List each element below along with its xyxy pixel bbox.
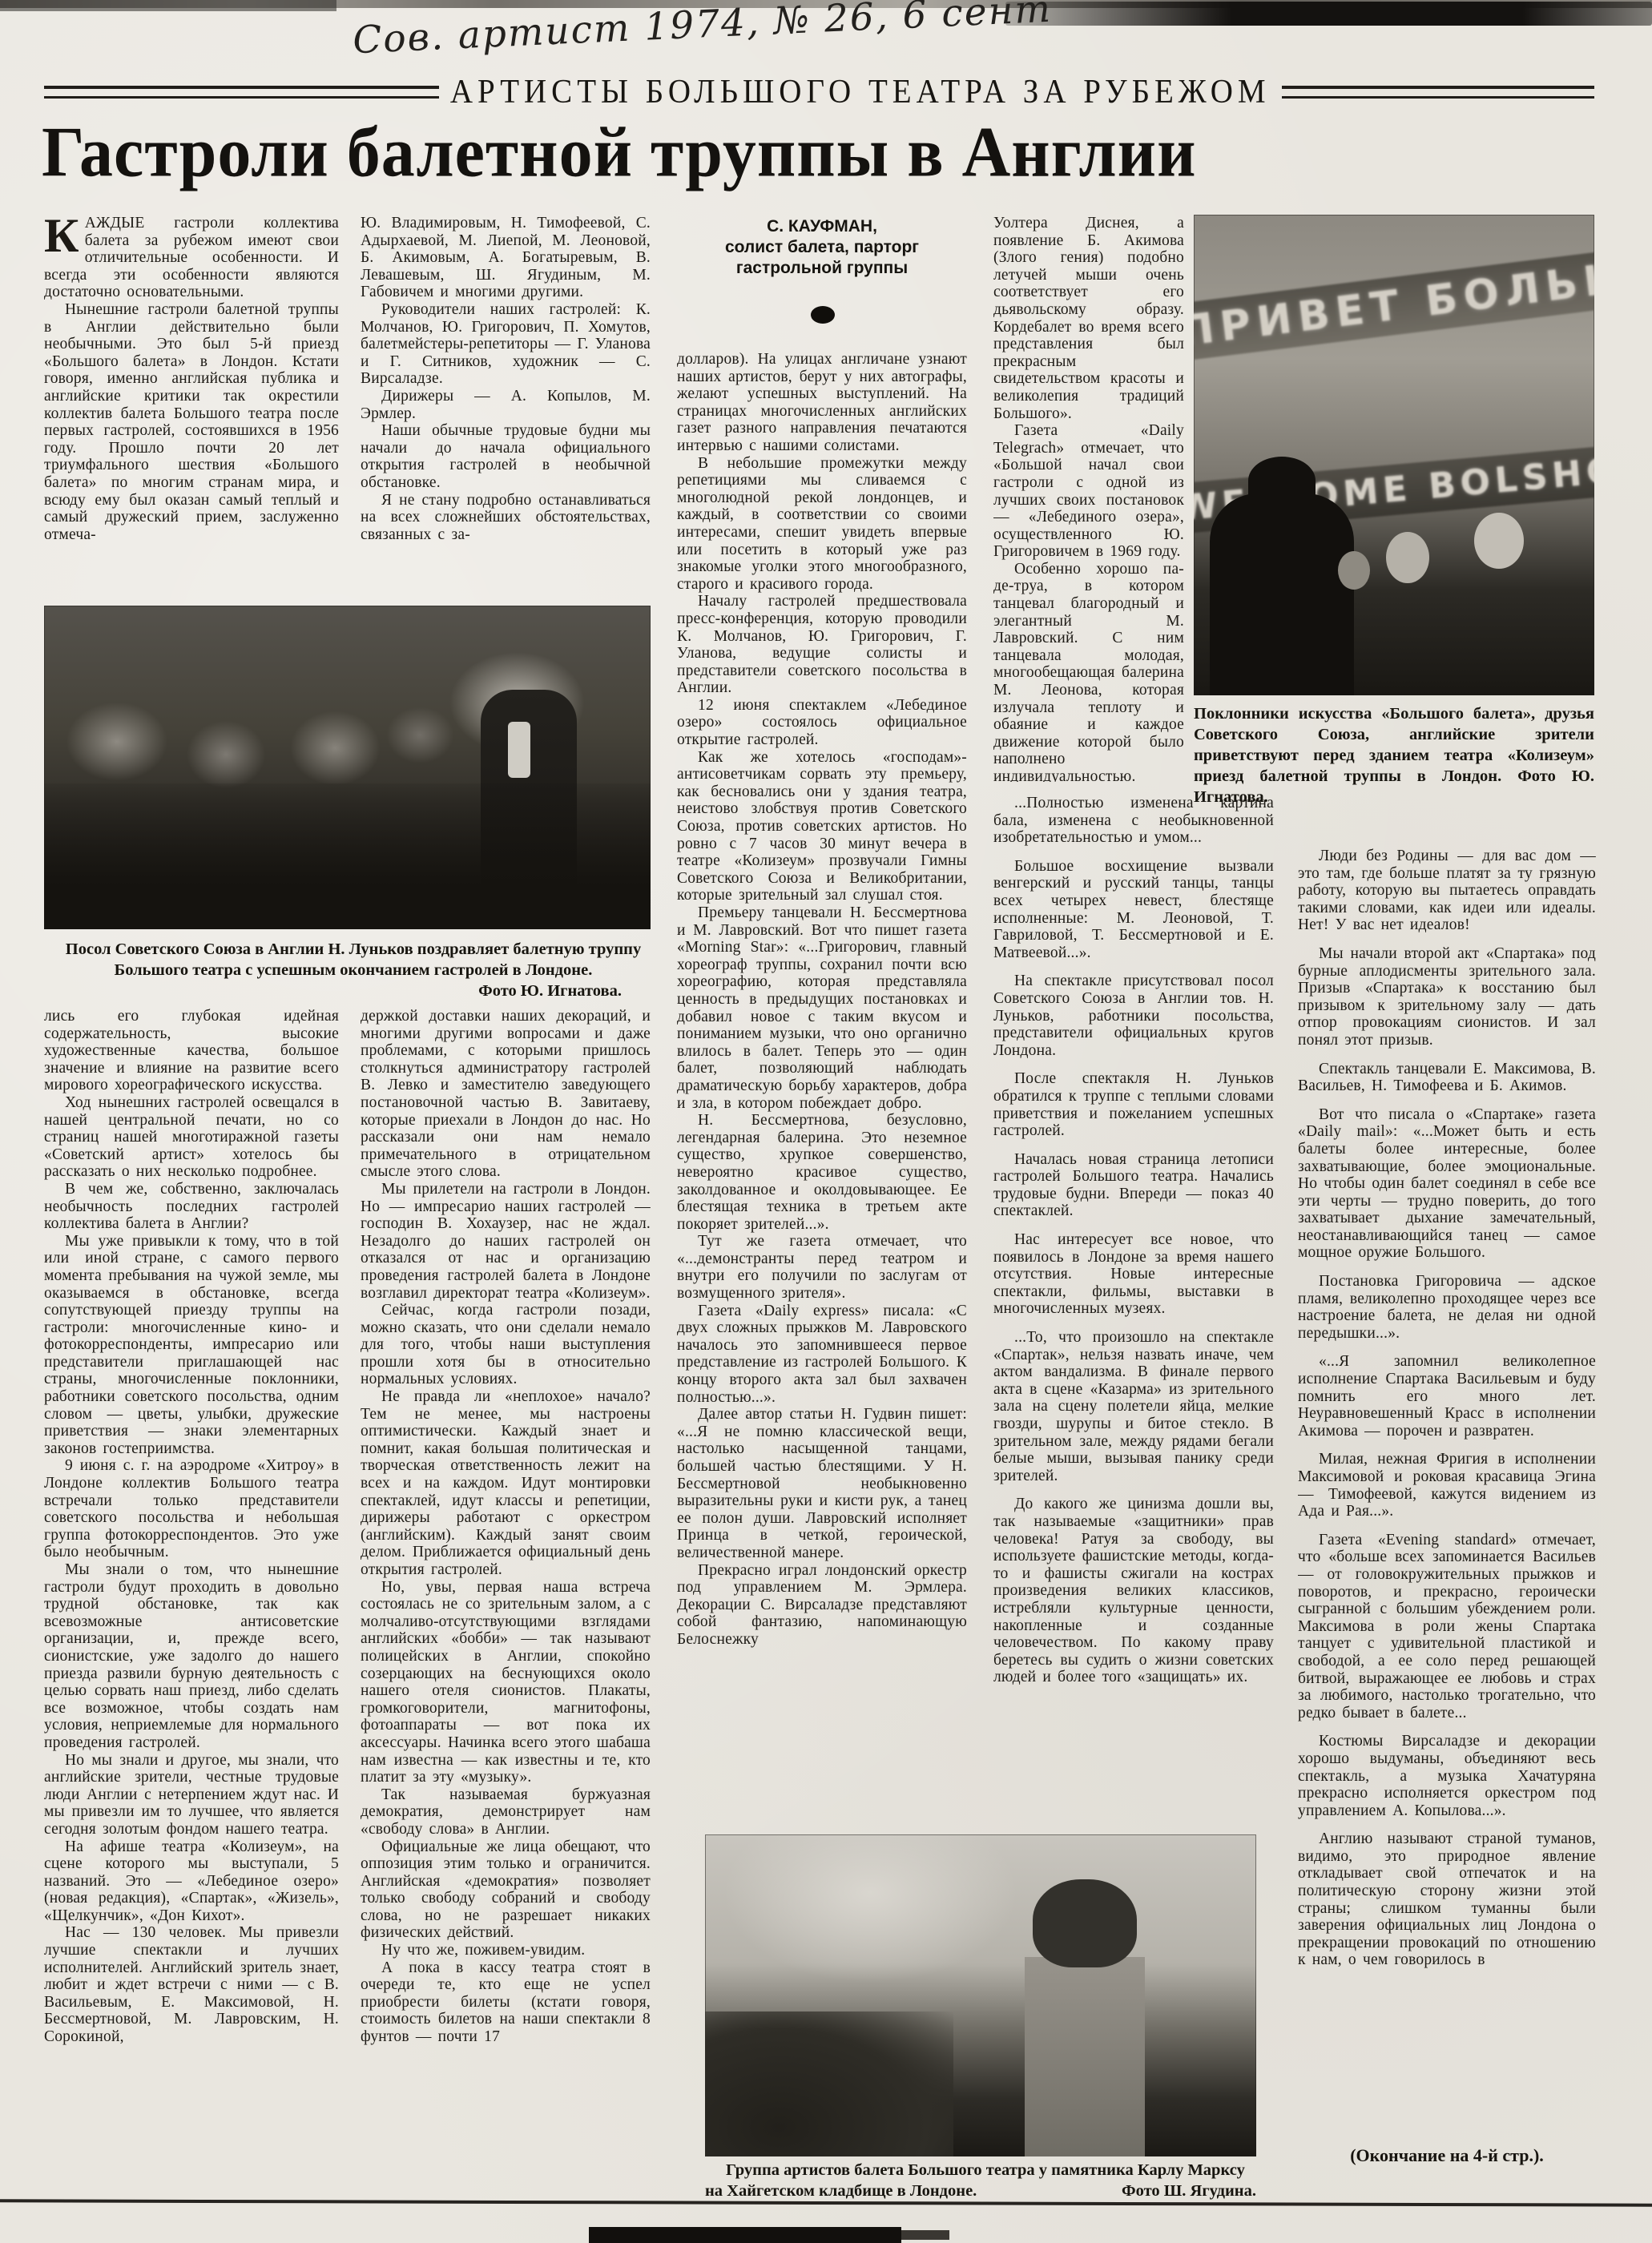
paragraph: Люди без Родины — для вас дом — это там,… <box>1298 848 1596 934</box>
column-4-top: Уолтера Диснея, а появление Б. Акимова (… <box>993 215 1184 782</box>
column-3: долларов). На улицах англичане узнают на… <box>677 351 967 1833</box>
scan-artifact-bottom-bar-2 <box>901 2230 949 2240</box>
rubric-rule-right <box>1282 86 1594 99</box>
spectator-head <box>1474 513 1524 569</box>
paragraph: Так называемая буржуазная демократия, де… <box>361 1786 651 1838</box>
banner-privet-bolshomu: ПРИВЕТ БОЛЬШОМУ <box>1194 251 1594 360</box>
paragraph: В небольшие промежутки между репетициями… <box>677 455 967 594</box>
paragraph: Газета «Daily Telegrach» отмечает, что «… <box>993 422 1184 561</box>
paragraph: Милая, нежная Фригия в исполнении Максим… <box>1298 1451 1596 1520</box>
paragraph: 9 июня с. г. на аэродроме «Хитроу» в Лон… <box>44 1457 339 1561</box>
byline-role-line1: солист балета, парторг <box>677 237 967 258</box>
paragraph: Руководители наших гастролей: К. Молчано… <box>361 301 651 388</box>
paragraph: На спектакле присутствовал посол Советск… <box>993 973 1274 1059</box>
article-headline: Гастроли балетной труппы в Англии <box>42 111 1163 194</box>
caption-marx: Группа артистов балета Большого театра у… <box>705 2160 1256 2201</box>
caption-marx-line2-row: на Хайгетском кладбище в Лондоне. Фото Ш… <box>705 2181 1256 2201</box>
scan-artifact-bottom-bar <box>589 2227 901 2243</box>
paragraph: 12 июня спектаклем «Лебединое озеро» сос… <box>677 697 967 749</box>
spectator-head <box>1338 551 1370 590</box>
rubric-header: АРТИСТЫ БОЛЬШОГО ТЕАТРА ЗА РУБЕЖОМ <box>44 74 1594 110</box>
paragraph: «...Я запомнил великолепное исполнение С… <box>1298 1353 1596 1440</box>
caption-marx-line1: Группа артистов балета Большого театра у… <box>705 2160 1256 2181</box>
paragraph: Мы уже привыкли к тому, что в той или ин… <box>44 1233 339 1458</box>
byline-name: С. КАУФМАН, <box>677 216 967 237</box>
paragraph: Премьеру танцевали Н. Бессмертнова и М. … <box>677 904 967 1112</box>
paragraph: Не правда ли «неплохое» начало? Тем не м… <box>361 1388 651 1579</box>
photo-embassy-reception <box>44 606 651 929</box>
section-bullet <box>811 306 835 324</box>
scan-artifact-top-right <box>1005 2 1652 26</box>
rubric-title: АРТИСТЫ БОЛЬШОГО ТЕАТРА ЗА РУБЕЖОМ <box>439 72 1282 111</box>
paragraph: Как же хотелось «господам»-антисоветчика… <box>677 749 967 904</box>
column-1-top: КАЖДЫЕ гастроли коллектива балета за руб… <box>44 215 339 606</box>
paragraph: Началась новая страница летописи гастрол… <box>993 1151 1274 1220</box>
paragraph: держкой доставки наших декораций, и мног… <box>361 1008 651 1181</box>
caption-embassy-text: Посол Советского Союза в Англии Н. Луньк… <box>66 940 641 979</box>
byline: С. КАУФМАН, солист балета, парторг гастр… <box>677 216 967 279</box>
column-5: Люди без Родины — для вас дом — это там,… <box>1298 848 1596 2133</box>
paragraph: Наши обычные трудовые будни мы начали до… <box>361 422 651 491</box>
paragraph: КАЖДЫЕ гастроли коллектива балета за руб… <box>44 215 339 301</box>
paragraph: Англию называют страной туманов, видимо,… <box>1298 1830 1596 1969</box>
paragraph: А пока в кассу театра стоят в очереди те… <box>361 1959 651 2046</box>
paragraph: Началу гастролей предшествовала пресс-ко… <box>677 593 967 697</box>
marx-bust <box>1033 1879 1137 1967</box>
paragraph: ...То, что произошло на спектакле «Спарт… <box>993 1329 1274 1484</box>
paragraph: Официальные же лица обещают, что оппозиц… <box>361 1838 651 1943</box>
paragraph: Но, увы, первая наша встреча состоялась … <box>361 1579 651 1786</box>
paragraph: Далее автор статьи Н. Гудвин пишет: «...… <box>677 1406 967 1561</box>
paragraph: Уолтера Диснея, а появление Б. Акимова (… <box>993 215 1184 422</box>
caption-embassy: Посол Советского Союза в Англии Н. Луньк… <box>56 939 651 1001</box>
paragraph: Дирижеры — А. Копылов, М. Эрмлер. <box>361 388 651 422</box>
newspaper-page: Сов. артист 1974, № 26, 6 сент АРТИСТЫ Б… <box>0 0 1652 2243</box>
paragraph: Нас — 130 человек. Мы привезли лучшие сп… <box>44 1924 339 2045</box>
paragraph: Постановка Григоровича — адское пламя, в… <box>1298 1273 1596 1342</box>
paragraph: лись его глубокая идейная содержательнос… <box>44 1008 339 1094</box>
paragraph: Ю. Владимировым, Н. Тимофеевой, С. Адырх… <box>361 215 651 301</box>
spectator-head <box>1386 532 1429 583</box>
paragraph: долларов). На улицах англичане узнают на… <box>677 351 967 455</box>
paragraph: После спектакля Н. Луньков обратился к т… <box>993 1070 1274 1139</box>
paragraph: Мы начали второй акт «Спартака» под бурн… <box>1298 945 1596 1049</box>
continuation-note: (Окончание на 4-й стр.). <box>1298 2145 1596 2166</box>
column-4-bottom: ...Полностью изменена картина бала, изме… <box>993 795 1274 1834</box>
column-2-bottom: держкой доставки наших декораций, и мног… <box>361 1008 651 2169</box>
crowd-silhouettes <box>44 783 651 929</box>
paragraph: Тут же газета отмечает, что «...демонстр… <box>677 1233 967 1302</box>
paragraph: Ну что же, поживем-увидим. <box>361 1942 651 1959</box>
paragraph: Сейчас, когда гастроли позади, можно ска… <box>361 1302 651 1388</box>
bushes-silhouette <box>705 2011 953 2156</box>
ambassador-shirt <box>508 722 530 778</box>
caption-coliseum: Поклонники искусства «Большого балета», … <box>1194 703 1594 807</box>
paragraph: Прекрасно играл лондонский оркестр под у… <box>677 1562 967 1649</box>
caption-embassy-credit: Фото Ю. Игнатова. <box>56 981 651 1001</box>
handwritten-annotation: Сов. артист 1974, № 26, 6 сент <box>352 0 962 62</box>
paragraph: Большое восхищение вызвали венгерский и … <box>993 858 1274 962</box>
photo-marx-monument <box>705 1834 1256 2156</box>
caption-marx-credit: Фото Ш. Ягудина. <box>1122 2181 1256 2201</box>
paragraph: На афише театра «Колизеум», на сцене кот… <box>44 1838 339 1925</box>
paragraph: Нынешние гастроли балетной труппы в Англ… <box>44 301 339 543</box>
paragraph: Я не стану подробно останавливаться на в… <box>361 492 651 544</box>
byline-role-line2: гастрольной группы <box>677 258 967 279</box>
paragraph: Мы прилетели на гастроли в Лондон. Но — … <box>361 1181 651 1302</box>
rubric-rule-left <box>44 86 439 99</box>
paragraph: Ход нынешних гастролей освещался в нашей… <box>44 1094 339 1181</box>
paragraph: До какого же цинизма дошли вы, так назыв… <box>993 1496 1274 1686</box>
column-1-bottom: лись его глубокая идейная содержательнос… <box>44 1008 339 2176</box>
paragraph: Спектакль танцевали Е. Максимова, В. Вас… <box>1298 1061 1596 1095</box>
scan-artifact-top-left <box>0 0 336 11</box>
monument-plinth <box>1025 1957 1145 2156</box>
paragraph: Газета «Evening standard» отмечает, что … <box>1298 1532 1596 1722</box>
paragraph: В чем же, собственно, заключалась необыч… <box>44 1181 339 1233</box>
paragraph: Газета «Daily express» писала: «С двух с… <box>677 1303 967 1407</box>
paragraph: Н. Бессмертнова, безусловно, легендарная… <box>677 1112 967 1233</box>
photo-coliseum-crowd: ПРИВЕТ БОЛЬШОМУ WELCOME BOLSHOI <box>1194 215 1594 695</box>
paragraph: Вот что писала о «Спартаке» газета «Dail… <box>1298 1106 1596 1262</box>
paragraph: Мы знали о том, что нынешние гастроли бу… <box>44 1561 339 1752</box>
column-2-top: Ю. Владимировым, Н. Тимофеевой, С. Адырх… <box>361 215 651 606</box>
caption-marx-line2: на Хайгетском кладбище в Лондоне. <box>705 2181 977 2201</box>
paragraph: Костюмы Вирсаладзе и декорации хорошо вы… <box>1298 1733 1596 1819</box>
policeman-silhouette <box>1210 493 1354 695</box>
paragraph: Нас интересует все новое, что появилось … <box>993 1231 1274 1318</box>
paragraph: Но мы знали и другое, мы знали, что англ… <box>44 1752 339 1838</box>
paragraph: Особенно хорошо па-де-труа, в котором та… <box>993 561 1184 782</box>
